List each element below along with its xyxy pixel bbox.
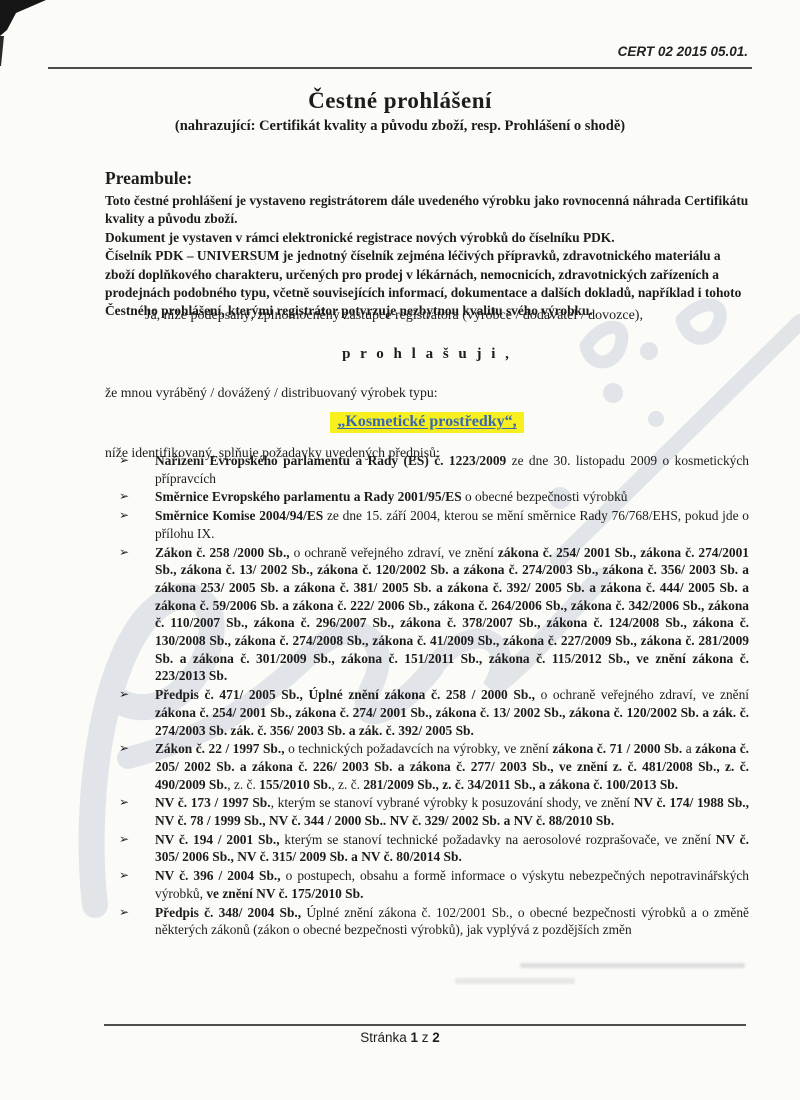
regulation-text-segment: Směrnice Komise 2004/94/ES	[155, 508, 323, 523]
arrow-bullet-icon: ➢	[119, 794, 129, 812]
product-type-lead: že mnou vyráběný / dovážený / distribuov…	[105, 385, 749, 401]
regulations-list: ➢Nařízení Evropského parlamentu a Rady (…	[105, 452, 749, 940]
regulation-text-segment: o obecné bezpečnosti výrobků	[462, 489, 628, 504]
arrow-bullet-icon: ➢	[119, 904, 129, 922]
arrow-bullet-icon: ➢	[119, 740, 129, 758]
title-block: Čestné prohlášení (nahrazující: Certifik…	[0, 88, 800, 135]
regulation-text-segment: NV č. 194 / 2001 Sb.,	[155, 832, 280, 847]
regulation-item: ➢Zákon č. 22 / 1997 Sb., o technických p…	[105, 740, 749, 793]
regulation-text-segment: 281/2009 Sb., z. č. 34/2011 Sb., a zákon…	[363, 777, 678, 792]
regulation-text-segment: Směrnice Evropského parlamentu a Rady 20…	[155, 489, 462, 504]
regulation-text-segment: Zákon č. 22 / 1997 Sb.,	[155, 741, 285, 756]
regulation-text-segment: Zákon č. 258 /2000 Sb.,	[155, 545, 290, 560]
arrow-bullet-icon: ➢	[119, 544, 129, 562]
regulation-item: ➢Směrnice Evropského parlamentu a Rady 2…	[105, 488, 749, 506]
regulation-item: ➢Směrnice Komise 2004/94/ES ze dne 15. z…	[105, 507, 749, 542]
regulation-item: ➢Zákon č. 258 /2000 Sb., o ochraně veřej…	[105, 544, 749, 686]
regulation-text-segment: a	[682, 741, 695, 756]
footer-rule	[104, 1024, 746, 1026]
page-number-of: z	[418, 1030, 432, 1045]
regulation-text-segment: ve znění NV č. 175/2010 Sb.	[206, 886, 363, 901]
regulation-text-segment: o technických požadavcích na výrobky, ve…	[285, 741, 553, 756]
regulation-text-segment: kterým se stanoví technické požadavky na…	[280, 832, 716, 847]
regulation-text-segment: o ochraně veřejného zdraví, ve znění	[535, 687, 749, 702]
regulation-text-segment: o ochraně veřejného zdraví, ve znění	[290, 545, 498, 560]
arrow-bullet-icon: ➢	[119, 831, 129, 849]
page-number-current: 1	[410, 1030, 418, 1045]
regulation-item: ➢NV č. 396 / 2004 Sb., o postupech, obsa…	[105, 867, 749, 902]
regulation-text-segment: NV č. 396 / 2004 Sb.,	[155, 868, 281, 883]
regulation-item: ➢NV č. 173 / 1997 Sb., kterým se stanoví…	[105, 794, 749, 829]
regulation-text-segment: Nařízení Evropského parlamentu a Rady (E…	[155, 453, 506, 468]
product-type-highlight: „Kosmetické prostředky“,	[330, 412, 523, 433]
arrow-bullet-icon: ➢	[119, 867, 129, 885]
regulation-text-segment: zákona č. 254/ 2001 Sb., zákona č. 274/ …	[155, 705, 749, 738]
arrow-bullet-icon: ➢	[119, 488, 129, 506]
scan-smudge	[520, 963, 745, 968]
preamble-paragraph: Dokument je vystaven v rámci elektronick…	[105, 229, 749, 247]
regulation-text-segment: Předpis č. 348/ 2004 Sb.,	[155, 905, 301, 920]
regulation-text-segment: Předpis č. 471/ 2005 Sb., Úplné znění zá…	[155, 687, 535, 702]
declaration-section: Já, níže podepsaný, zplnomocněný zástupc…	[105, 308, 749, 461]
page-title: Čestné prohlášení	[0, 88, 800, 114]
regulation-item: ➢NV č. 194 / 2001 Sb., kterým se stanoví…	[105, 831, 749, 866]
page-number-total: 2	[432, 1030, 440, 1045]
preamble-heading: Preambule:	[105, 168, 749, 189]
regulation-text-segment: zákona č. 71 / 2000 Sb.	[552, 741, 682, 756]
preamble-section: Preambule: Toto čestné prohlášení je vys…	[105, 168, 749, 321]
regulation-item: ➢Nařízení Evropského parlamentu a Rady (…	[105, 452, 749, 487]
regulation-text-segment: , z. č.	[331, 777, 363, 792]
regulation-text-segment: zákona č. 254/ 2001 Sb., zákona č. 274/2…	[155, 545, 749, 684]
scan-smudge	[455, 978, 575, 984]
arrow-bullet-icon: ➢	[119, 507, 129, 525]
declaration-verb: p r o h l a š u j i ,	[105, 346, 749, 363]
arrow-bullet-icon: ➢	[119, 452, 129, 470]
declaration-intro: Já, níže podepsaný, zplnomocněný zástupc…	[105, 308, 749, 324]
regulation-text-segment: 155/2010 Sb.	[259, 777, 331, 792]
regulation-item: ➢Předpis č. 348/ 2004 Sb., Úplné znění z…	[105, 904, 749, 939]
document-code: CERT 02 2015 05.01.	[618, 44, 748, 59]
page-subtitle: (nahrazující: Certifikát kvality a původ…	[0, 118, 800, 135]
regulation-text-segment: , kterým se stanoví vybrané výrobky k po…	[271, 795, 634, 810]
arrow-bullet-icon: ➢	[119, 686, 129, 704]
regulation-text-segment: , z. č.	[227, 777, 259, 792]
preamble-paragraph: Toto čestné prohlášení je vystaveno regi…	[105, 192, 749, 229]
header-rule	[48, 67, 752, 69]
page-number: Stránka 1 z 2	[0, 1030, 800, 1045]
regulation-text-segment: NV č. 173 / 1997 Sb.	[155, 795, 271, 810]
regulation-item: ➢Předpis č. 471/ 2005 Sb., Úplné znění z…	[105, 686, 749, 739]
product-type-row: „Kosmetické prostředky“,	[105, 412, 749, 433]
page-number-label: Stránka	[360, 1030, 410, 1045]
scanned-document-page: CERT 02 2015 05.01. Čestné prohlášení (n…	[0, 0, 800, 1100]
